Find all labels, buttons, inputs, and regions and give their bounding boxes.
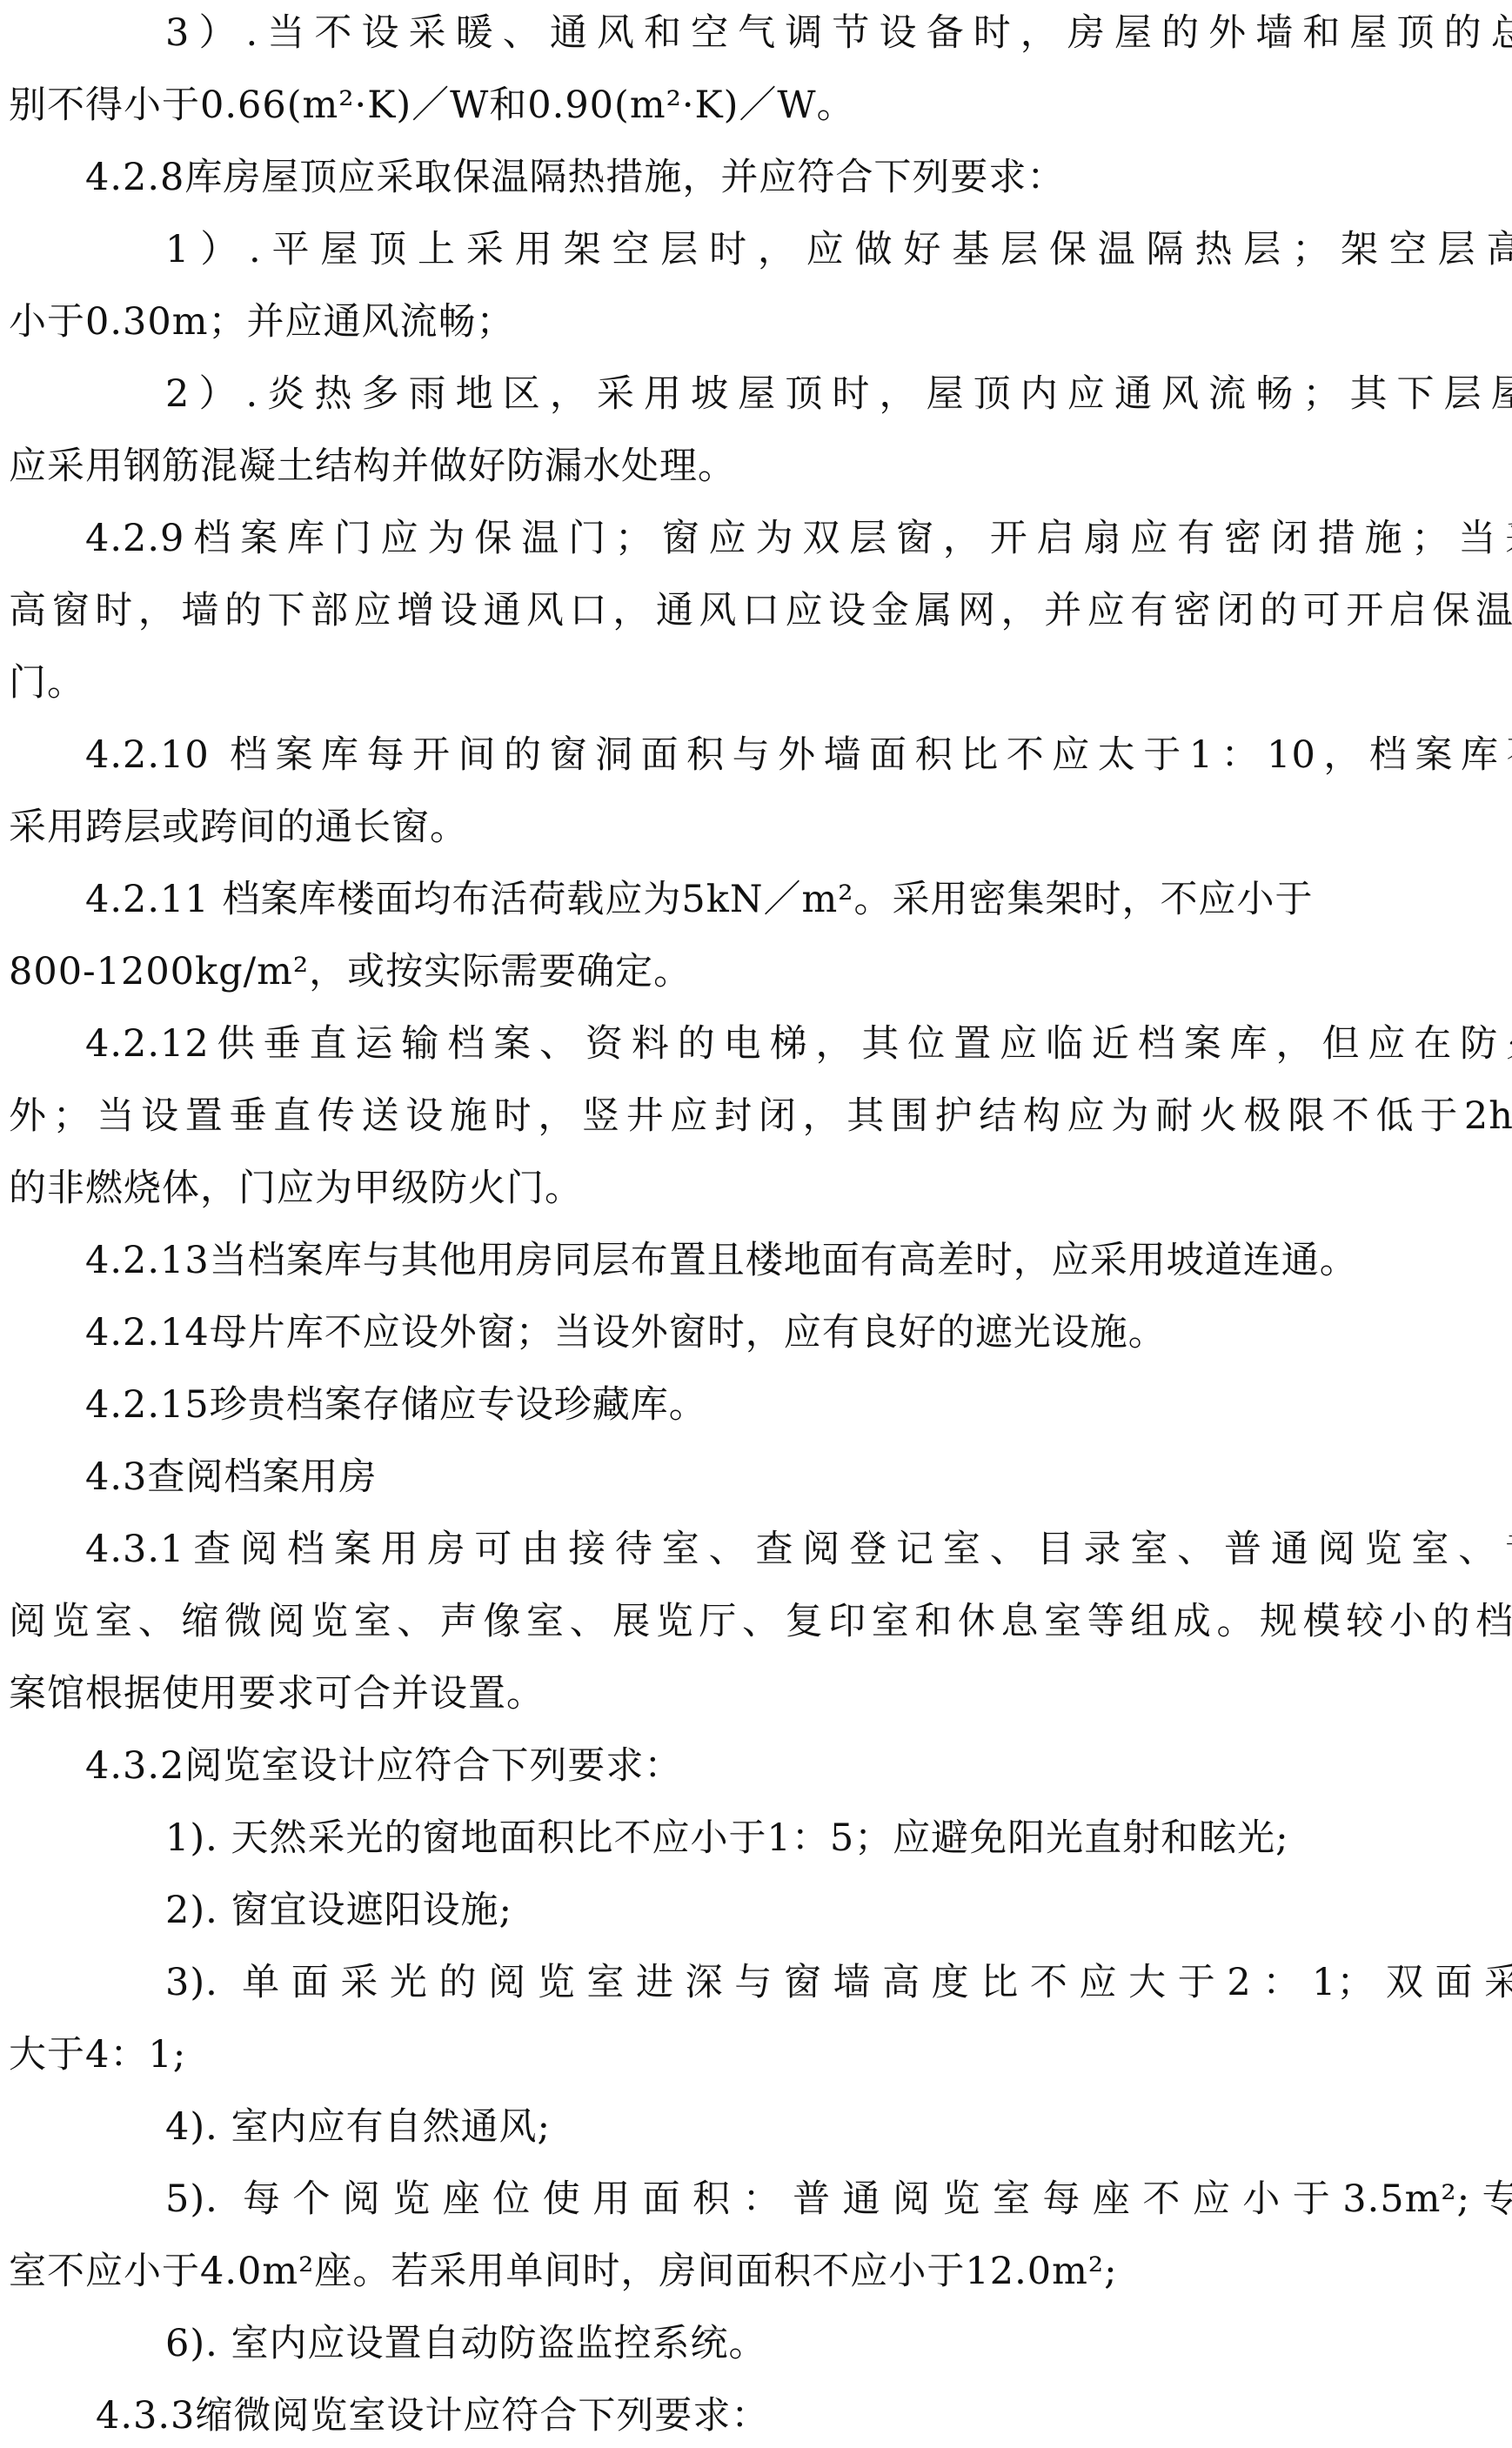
text-line: 外；当设置垂直传送设施时，竖井应封闭，其围护结构应为耐火极限不低于2h	[9, 1090, 1512, 1142]
section-heading-4-2-12: 4.2.12供垂直运输档案、资料的电梯，其位置应临近档案库，但应在防火门	[85, 1018, 1512, 1070]
text-line: 高窗时，墙的下部应增设通风口，通风口应设金属网，并应有密闭的可开启保温	[9, 585, 1512, 637]
text-line: 应采用钢筋混凝土结构并做好防漏水处理。	[9, 440, 736, 492]
text-line: 800-1200kg/m²，或按实际需要确定。	[9, 946, 692, 998]
text-line: 案馆根据使用要求可合并设置。	[9, 1668, 545, 1720]
document-page: 3）.当不设采暖、通风和空气调节设备时，房屋的外墙和屋顶的总热阻分 别不得小于0…	[0, 0, 1512, 2448]
text-line: 别不得小于0.66(m²·K)／W和0.90(m²·K)／W。	[9, 79, 855, 131]
list-item: 3). 单面采光的阅览室进深与窗墙高度比不应大于2：1；双面采光不应	[165, 1956, 1512, 2009]
section-heading-4-3-1: 4.3.1查阅档案用房可由接待室、查阅登记室、目录室、普通阅览室、专用	[85, 1523, 1512, 1575]
list-item: 1). 天然采光的窗地面积比不应小于1：5；应避免阳光直射和眩光;	[165, 1812, 1289, 1864]
text-line: 大于4：1;	[9, 2029, 186, 2081]
text-line: 采用跨层或跨间的通长窗。	[9, 801, 468, 853]
text-line: 1）.平屋顶上采用架空层时，应做好基层保温隔热层；架空层高度不应	[165, 224, 1512, 276]
list-item: 4). 室内应有自然通风;	[165, 2101, 551, 2153]
text-line: 阅览室、缩微阅览室、声像室、展览厅、复印室和休息室等组成。规模较小的档	[9, 1595, 1512, 1648]
list-item: 2). 窗宜设遮阳设施;	[165, 1884, 512, 1936]
text-line: 室不应小于4.0m²座。若采用单间时，房间面积不应小于12.0m²;	[9, 2245, 1118, 2298]
text-line: 2）.炎热多雨地区，采用坡屋顶时，屋顶内应通风流畅；其下层屋顶板，	[165, 368, 1512, 420]
list-item: 5). 每个阅览座位使用面积：普通阅览室每座不应小于3.5m²;专用阅览	[165, 2173, 1512, 2225]
section-heading-4-2-15: 4.2.15珍贵档案存储应专设珍藏库。	[85, 1379, 707, 1431]
text-line: 的非燃烧体，门应为甲级防火门。	[9, 1162, 583, 1214]
text-line: 3）.当不设采暖、通风和空气调节设备时，房屋的外墙和屋顶的总热阻分	[165, 7, 1512, 59]
list-item: 6). 室内应设置自动防盗监控系统。	[165, 2318, 766, 2370]
text-line: 小于0.30m；并应通风流畅；	[9, 296, 515, 348]
section-heading-4-2-9: 4.2.9档案库门应为保温门；窗应为双层窗，开启扇应有密闭措施；当采用	[85, 512, 1512, 565]
section-heading-4-2-13: 4.2.13当档案库与其他用房同层布置且楼地面有高差时，应采用坡道连通。	[85, 1234, 1358, 1287]
section-heading-4-2-14: 4.2.14母片库不应设外窗；当设外窗时，应有良好的遮光设施。	[85, 1307, 1167, 1359]
section-heading-4-3: 4.3查阅档案用房	[85, 1451, 377, 1503]
section-heading-4-2-11: 4.2.11 档案库楼面均布活荷载应为5kN／m²。采用密集架时，不应小于	[85, 873, 1314, 926]
text-line: 门。	[9, 657, 85, 709]
section-heading-4-3-2: 4.3.2阅览室设计应符合下列要求：	[85, 1740, 682, 1792]
section-heading-4-2-10: 4.2.10 档案库每开间的窗洞面积与外墙面积比不应太于1：10，档案库不得	[85, 729, 1512, 781]
section-heading-4-3-3: 4.3.3缩微阅览室设计应符合下列要求：	[96, 2390, 769, 2442]
section-heading-4-2-8: 4.2.8库房屋顶应采取保温隔热措施，并应符合下列要求：	[85, 151, 1065, 204]
